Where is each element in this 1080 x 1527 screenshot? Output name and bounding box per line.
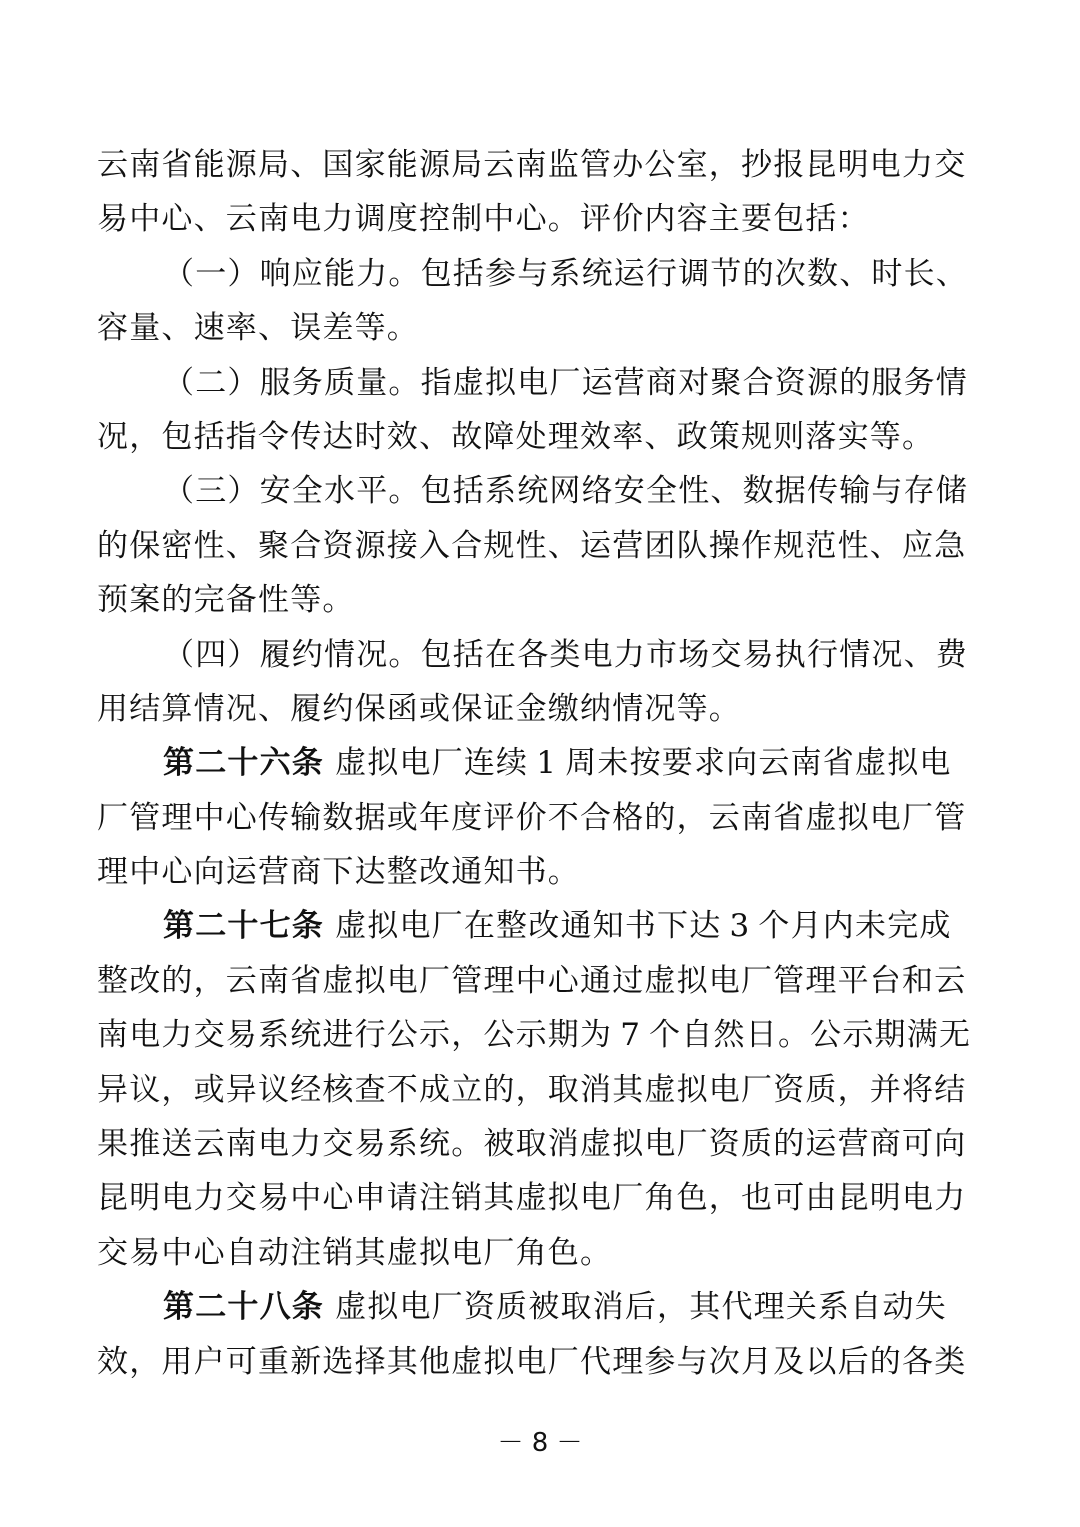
text-span: 南电力交易系统进行公示，公示期为 [97,1017,612,1053]
text-line: 用结算情况、履约保函或保证金缴纳情况等。 [97,682,987,736]
list-item-security-level: （三）安全水平。包括系统网络安全性、数据传输与存储 [97,464,987,518]
text-span: 虚拟电厂资质被取消后，其代理关系自动失 [335,1289,947,1325]
number: 7 [612,1017,649,1053]
text-line: 预案的完备性等。 [97,573,987,627]
article-26-first-line: 第二十六条 虚拟电厂连续1周未按要求向云南省虚拟电 [97,736,987,790]
text-line: 交易中心自动注销其虚拟电厂角色。 [97,1226,987,1280]
list-item-performance: （四）履约情况。包括在各类电力市场交易执行情况、费 [97,628,987,682]
text-span: 周未按要求向云南省虚拟电 [565,745,951,781]
text-line: 容量、速率、误差等。 [97,301,987,355]
text-line: 南电力交易系统进行公示，公示期为7个自然日。公示期满无 [97,1008,987,1062]
text-span: 个月内未完成 [758,908,951,944]
text-line: 效，用户可重新选择其他虚拟电厂代理参与次月及以后的各类 [97,1335,987,1389]
number: 3 [721,908,758,944]
article-28-first-line: 第二十八条 虚拟电厂资质被取消后，其代理关系自动失 [97,1280,987,1334]
list-item-service-quality: （二）服务质量。指虚拟电厂运营商对聚合资源的服务情 [97,356,987,410]
text-line: 的保密性、聚合资源接入合规性、运营团队操作规范性、应急 [97,519,987,573]
document-page: 云南省能源局、国家能源局云南监管办公室，抄报昆明电力交 易中心、云南电力调度控制… [0,0,1080,1527]
page-number: － 8 － [0,1422,1080,1459]
text-line: 理中心向运营商下达整改通知书。 [97,845,987,899]
article-heading: 第二十六条 [163,745,324,781]
article-heading: 第二十八条 [163,1289,324,1325]
text-span: 个自然日。公示期满无 [649,1017,971,1053]
list-item-response-capability: （一）响应能力。包括参与系统运行调节的次数、时长、 [97,247,987,301]
text-line: 云南省能源局、国家能源局云南监管办公室，抄报昆明电力交 [97,138,987,192]
text-line: 昆明电力交易中心申请注销其虚拟电厂角色，也可由昆明电力 [97,1171,987,1225]
article-27-first-line: 第二十七条 虚拟电厂在整改通知书下达3个月内未完成 [97,899,987,953]
text-line: 厂管理中心传输数据或年度评价不合格的，云南省虚拟电厂管 [97,791,987,845]
text-line: 果推送云南电力交易系统。被取消虚拟电厂资质的运营商可向 [97,1117,987,1171]
text-span: 虚拟电厂在整改通知书下达 [335,908,721,944]
text-line: 况，包括指令传达时效、故障处理效率、政策规则落实等。 [97,410,987,464]
text-line: 异议，或异议经核查不成立的，取消其虚拟电厂资质，并将结 [97,1063,987,1117]
article-heading: 第二十七条 [163,908,324,944]
text-line: 易中心、云南电力调度控制中心。评价内容主要包括： [97,192,987,246]
text-line: 整改的，云南省虚拟电厂管理中心通过虚拟电厂管理平台和云 [97,954,987,1008]
body-text: 云南省能源局、国家能源局云南监管办公室，抄报昆明电力交 易中心、云南电力调度控制… [97,138,987,1389]
number: 1 [528,745,565,781]
text-span: 虚拟电厂连续 [335,745,528,781]
